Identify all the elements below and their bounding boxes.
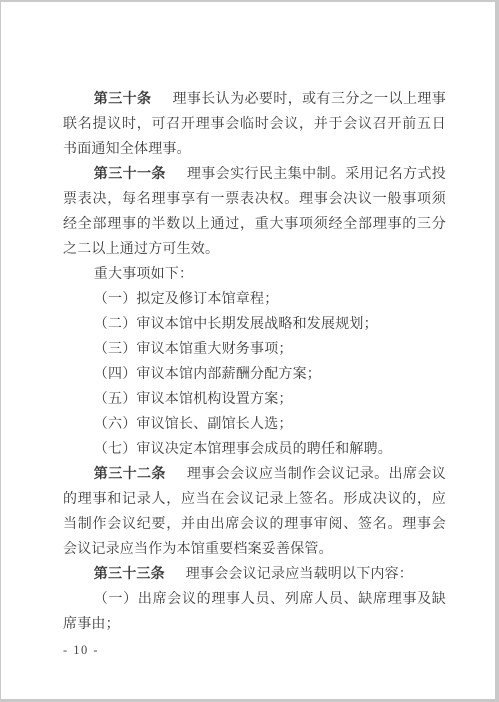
paragraph: （四）审议本馆内部薪酬分配方案； [63,362,446,387]
article-paragraph: 第三十条理事长认为必要时，或有三分之一以上理事联名提议时，可召开理事会临时会议，… [63,87,446,162]
article-number: 第三十二条 [94,467,166,482]
document-body: 第三十条理事长认为必要时，或有三分之一以上理事联名提议时，可召开理事会临时会议，… [63,87,446,637]
paragraph: （一）出席会议的理事人员、列席人员、缺席理事及缺席事由； [63,587,446,637]
paragraph: （七）审议决定本馆理事会成员的聘任和解聘。 [63,437,446,462]
article-number: 第三十一条 [94,167,166,182]
article-paragraph: 第三十一条理事会实行民主集中制。采用记名方式投票表决，每名理事享有一票表决权。理… [63,162,446,262]
paragraph: （一）拟定及修订本馆章程； [63,287,446,312]
article-number: 第三十条 [94,92,152,107]
paragraph: （五）审议本馆机构设置方案； [63,387,446,412]
paragraph: （三）审议本馆重大财务事项； [63,337,446,362]
document-content: 第三十条理事长认为必要时，或有三分之一以上理事联名提议时，可召开理事会临时会议，… [63,87,446,662]
paragraph: （二）审议本馆中长期发展战略和发展规划； [63,312,446,337]
paragraph: （六）审议馆长、副馆长人选； [63,412,446,437]
page-number: - 10 - [63,638,446,662]
article-paragraph: 第三十二条理事会会议应当制作会议记录。出席会议的理事和记录人，应当在会议记录上签… [63,462,446,562]
scanned-page-container: 第三十条理事长认为必要时，或有三分之一以上理事联名提议时，可召开理事会临时会议，… [0,0,499,702]
article-number: 第三十三条 [94,567,165,582]
document-page: 第三十条理事长认为必要时，或有三分之一以上理事联名提议时，可召开理事会临时会议，… [1,2,495,699]
article-paragraph: 第三十三条理事会会议记录应当载明以下内容： [63,562,446,587]
paragraph: 重大事项如下： [63,262,446,287]
